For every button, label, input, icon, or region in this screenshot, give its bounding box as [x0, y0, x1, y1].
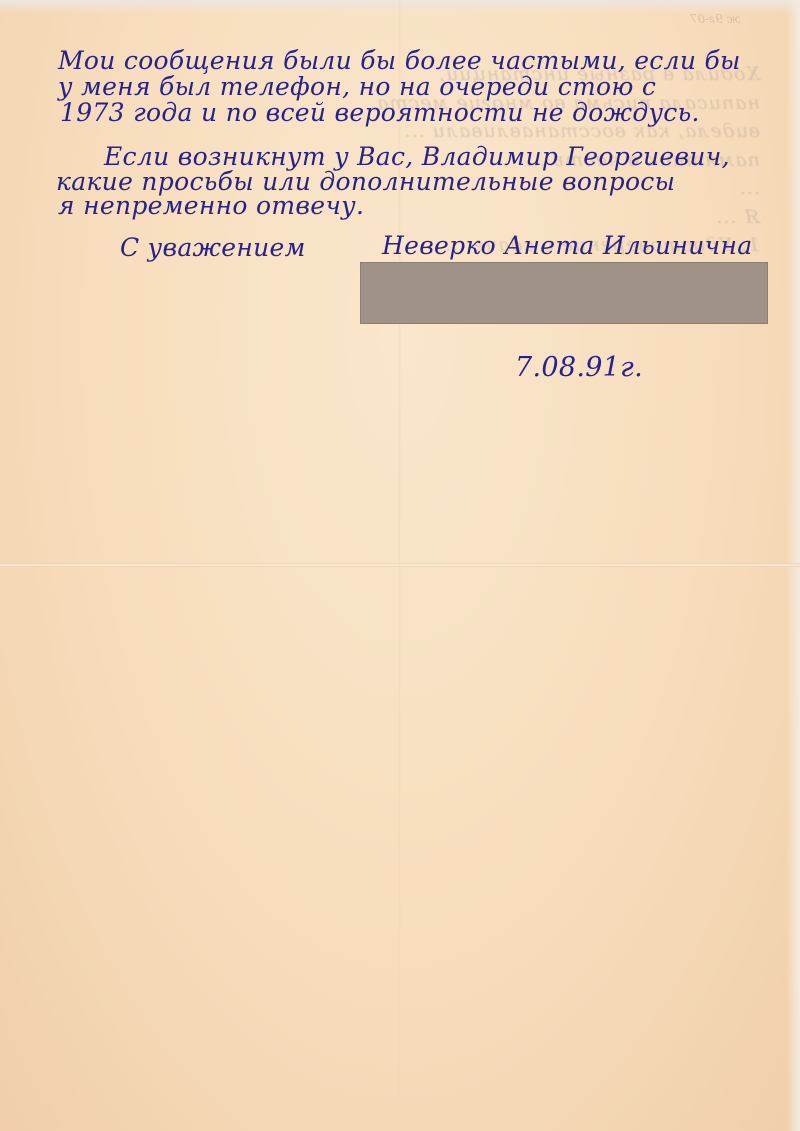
bleed-through-corner-mark: ж 9г-07 [690, 12, 740, 26]
redaction-box [360, 262, 768, 324]
letter-page: ж 9г-07 Ходила в разные инстанции, напис… [0, 0, 800, 1131]
signature-name: Неверко Анета Ильинична [382, 231, 752, 260]
letter-date: 7.08.91г. [515, 352, 643, 383]
letter-line-1: Мои сообщения были бы более частыми, есл… [58, 46, 741, 75]
letter-line-6: я непременно отвечу. [58, 191, 364, 220]
letter-line-2: у меня был телефон, но на очереди стою с [58, 72, 656, 101]
closing-salutation: С уважением [120, 233, 306, 262]
letter-line-3: 1973 года и по всей вероятности не дожду… [60, 98, 700, 127]
